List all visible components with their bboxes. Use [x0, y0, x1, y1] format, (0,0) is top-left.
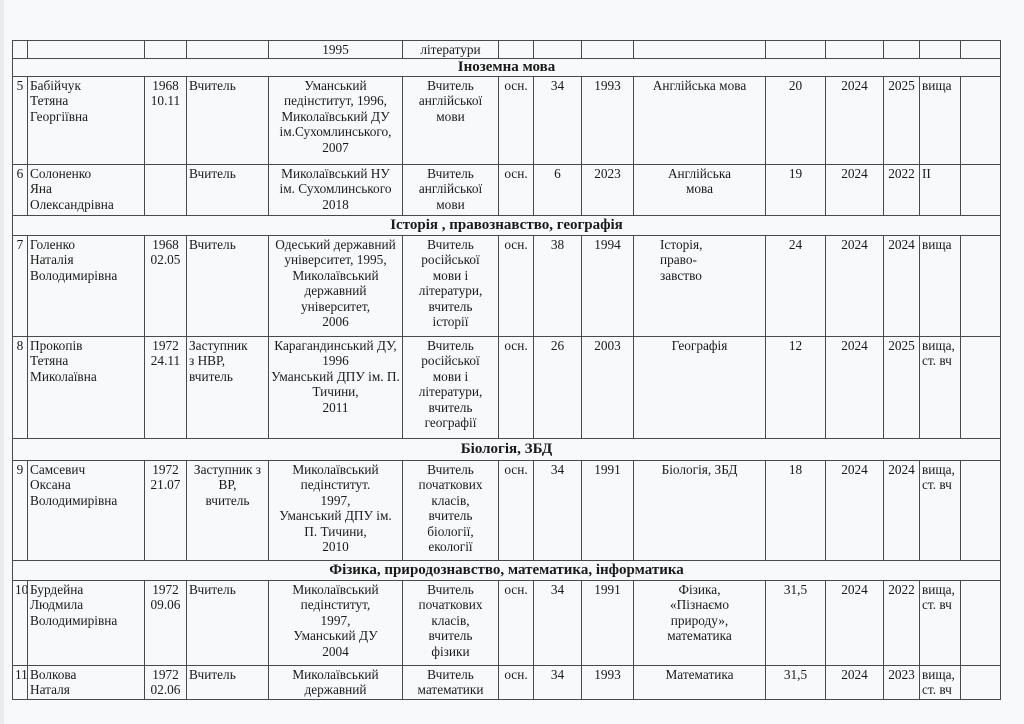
- cell-extra: [961, 665, 1001, 699]
- cell-num: 6: [13, 164, 28, 215]
- cell-category: вища, ст. вч: [920, 665, 961, 699]
- cell-specialty: Вчитель англійської мови: [403, 164, 499, 215]
- cell-subject: Історія, право- завство: [634, 235, 766, 336]
- cell-employment: осн.: [499, 235, 534, 336]
- cell-year1: 2024: [826, 336, 884, 438]
- cell-employment: осн.: [499, 76, 534, 164]
- cell-name: Прокопів Тетяна Миколаївна: [28, 336, 145, 438]
- cell-birth: [145, 41, 187, 59]
- staff-table: 1995 літератури Іноземна мова5Бабійчук Т…: [12, 40, 1001, 700]
- cell-year2: 2024: [884, 235, 920, 336]
- cell-birth: 1968 10.11: [145, 76, 187, 164]
- cell-year1: 2024: [826, 164, 884, 215]
- cell-subject: Географія: [634, 336, 766, 438]
- cell-year1: 2024: [826, 580, 884, 665]
- cell-num: 11: [13, 665, 28, 699]
- cell-position: Вчитель: [187, 164, 269, 215]
- cell-category: вища: [920, 235, 961, 336]
- cell-year1: 2024: [826, 76, 884, 164]
- cell-experience: 26: [534, 336, 582, 438]
- cell-experience: 6: [534, 164, 582, 215]
- cell-since: [582, 41, 634, 59]
- cell-specialty: Вчитель початкових класів, вчитель фізик…: [403, 580, 499, 665]
- cell-name: Бабійчук Тетяна Георгіївна: [28, 76, 145, 164]
- cell-experience: [534, 41, 582, 59]
- cell-extra: [961, 580, 1001, 665]
- cell-category: ІІ: [920, 164, 961, 215]
- cell-year1: [826, 41, 884, 59]
- section-title: Біологія, ЗБД: [13, 438, 1001, 460]
- cell-subject: Фізика, «Пізнаємо природу», математика: [634, 580, 766, 665]
- cell-num: [13, 41, 28, 59]
- cell-hours: 18: [766, 460, 826, 560]
- cell-since: 1993: [582, 665, 634, 699]
- cell-name: Бурдейна Людмила Володимирівна: [28, 580, 145, 665]
- table-row: 9Самсевич Оксана Володимирівна1972 21.07…: [13, 460, 1001, 560]
- cell-subject: Математика: [634, 665, 766, 699]
- cell-specialty: Вчитель математики: [403, 665, 499, 699]
- cell-year2: 2024: [884, 460, 920, 560]
- cell-birth: 1968 02.05: [145, 235, 187, 336]
- cell-category: вища, ст. вч: [920, 336, 961, 438]
- cell-birth: 1972 24.11: [145, 336, 187, 438]
- cell-education: 1995: [269, 41, 403, 59]
- section-title: Іноземна мова: [13, 58, 1001, 76]
- cell-position: Вчитель: [187, 665, 269, 699]
- cell-since: 1994: [582, 235, 634, 336]
- cell-birth: 1972 09.06: [145, 580, 187, 665]
- cell-experience: 34: [534, 665, 582, 699]
- scan-page-edge: [0, 0, 4, 724]
- cell-year1: 2024: [826, 665, 884, 699]
- cell-extra: [961, 336, 1001, 438]
- cell-extra: [961, 164, 1001, 215]
- cell-experience: 38: [534, 235, 582, 336]
- section-title: Історія , правознавство, географія: [13, 215, 1001, 235]
- cell-birth: 1972 02.06: [145, 665, 187, 699]
- section-header: Фізика, природознавство, математика, інф…: [13, 560, 1001, 580]
- cell-education: Миколаївський педінститут, 1997, Уманськ…: [269, 580, 403, 665]
- cell-position: Заступник з ВР, вчитель: [187, 460, 269, 560]
- cell-name: Голенко Наталія Володимирівна: [28, 235, 145, 336]
- cell-name: Волкова Наталя: [28, 665, 145, 699]
- cell-extra: [961, 41, 1001, 59]
- section-header: Іноземна мова: [13, 58, 1001, 76]
- cell-subject: [634, 41, 766, 59]
- cell-education: Миколаївський державний: [269, 665, 403, 699]
- cell-specialty: Вчитель початкових класів, вчитель біоло…: [403, 460, 499, 560]
- cell-position: Вчитель: [187, 580, 269, 665]
- table-row: 5Бабійчук Тетяна Георгіївна1968 10.11Вчи…: [13, 76, 1001, 164]
- section-title: Фізика, природознавство, математика, інф…: [13, 560, 1001, 580]
- cell-subject: Англійська мова: [634, 76, 766, 164]
- cell-education: Карагандинський ДУ, 1996 Уманський ДПУ і…: [269, 336, 403, 438]
- cell-birth: [145, 164, 187, 215]
- cell-category: вища: [920, 76, 961, 164]
- cell-education: Уманський педінститут, 1996, Миколаївськ…: [269, 76, 403, 164]
- cell-year2: 2025: [884, 336, 920, 438]
- cell-position: [187, 41, 269, 59]
- cell-specialty: літератури: [403, 41, 499, 59]
- cell-num: 7: [13, 235, 28, 336]
- table-row: 11Волкова Наталя1972 02.06ВчительМиколаї…: [13, 665, 1001, 699]
- cell-year2: 2022: [884, 580, 920, 665]
- cell-year1: 2024: [826, 235, 884, 336]
- cell-experience: 34: [534, 76, 582, 164]
- cell-hours: 31,5: [766, 665, 826, 699]
- cell-hours: 12: [766, 336, 826, 438]
- cell-category: вища, ст. вч: [920, 580, 961, 665]
- cell-name: Самсевич Оксана Володимирівна: [28, 460, 145, 560]
- cell-employment: осн.: [499, 665, 534, 699]
- cell-num: 5: [13, 76, 28, 164]
- cell-extra: [961, 235, 1001, 336]
- cell-name: [28, 41, 145, 59]
- cell-birth: 1972 21.07: [145, 460, 187, 560]
- cell-num: 10: [13, 580, 28, 665]
- cell-position: Вчитель: [187, 76, 269, 164]
- cell-experience: 34: [534, 460, 582, 560]
- cell-name: Солоненко Яна Олександрівна: [28, 164, 145, 215]
- cell-employment: осн.: [499, 460, 534, 560]
- table-row: 6Солоненко Яна ОлександрівнаВчительМикол…: [13, 164, 1001, 215]
- cell-employment: осн.: [499, 164, 534, 215]
- cell-since: 1991: [582, 460, 634, 560]
- cell-hours: 20: [766, 76, 826, 164]
- table-row: 8Прокопів Тетяна Миколаївна1972 24.11Зас…: [13, 336, 1001, 438]
- cell-since: 1991: [582, 580, 634, 665]
- cell-since: 2023: [582, 164, 634, 215]
- cell-num: 9: [13, 460, 28, 560]
- cell-employment: осн.: [499, 336, 534, 438]
- cell-num: 8: [13, 336, 28, 438]
- cell-year2: 2023: [884, 665, 920, 699]
- cell-position: Вчитель: [187, 235, 269, 336]
- cell-extra: [961, 76, 1001, 164]
- continuation-row: 1995 літератури: [13, 41, 1001, 59]
- cell-education: Миколаївський НУ ім. Сухомлинського 2018: [269, 164, 403, 215]
- cell-hours: 31,5: [766, 580, 826, 665]
- cell-specialty: Вчитель російської мови і літератури, вч…: [403, 235, 499, 336]
- cell-hours: [766, 41, 826, 59]
- cell-position: Заступник з НВР, вчитель: [187, 336, 269, 438]
- cell-hours: 19: [766, 164, 826, 215]
- cell-education: Одеський державний університет, 1995, Ми…: [269, 235, 403, 336]
- cell-education: Миколаївський педінститут. 1997, Уманськ…: [269, 460, 403, 560]
- cell-year2: 2022: [884, 164, 920, 215]
- table-row: 7Голенко Наталія Володимирівна1968 02.05…: [13, 235, 1001, 336]
- cell-experience: 34: [534, 580, 582, 665]
- section-header: Історія , правознавство, географія: [13, 215, 1001, 235]
- section-header: Біологія, ЗБД: [13, 438, 1001, 460]
- cell-specialty: Вчитель російської мови і літератури, вч…: [403, 336, 499, 438]
- table-row: 10Бурдейна Людмила Володимирівна1972 09.…: [13, 580, 1001, 665]
- cell-subject: Англійська мова: [634, 164, 766, 215]
- cell-category: вища, ст. вч: [920, 460, 961, 560]
- cell-specialty: Вчитель англійської мови: [403, 76, 499, 164]
- cell-year1: 2024: [826, 460, 884, 560]
- cell-extra: [961, 460, 1001, 560]
- cell-employment: [499, 41, 534, 59]
- cell-subject: Біологія, ЗБД: [634, 460, 766, 560]
- cell-employment: осн.: [499, 580, 534, 665]
- cell-year2: 2025: [884, 76, 920, 164]
- cell-hours: 24: [766, 235, 826, 336]
- cell-category: [920, 41, 961, 59]
- cell-since: 1993: [582, 76, 634, 164]
- cell-year2: [884, 41, 920, 59]
- cell-since: 2003: [582, 336, 634, 438]
